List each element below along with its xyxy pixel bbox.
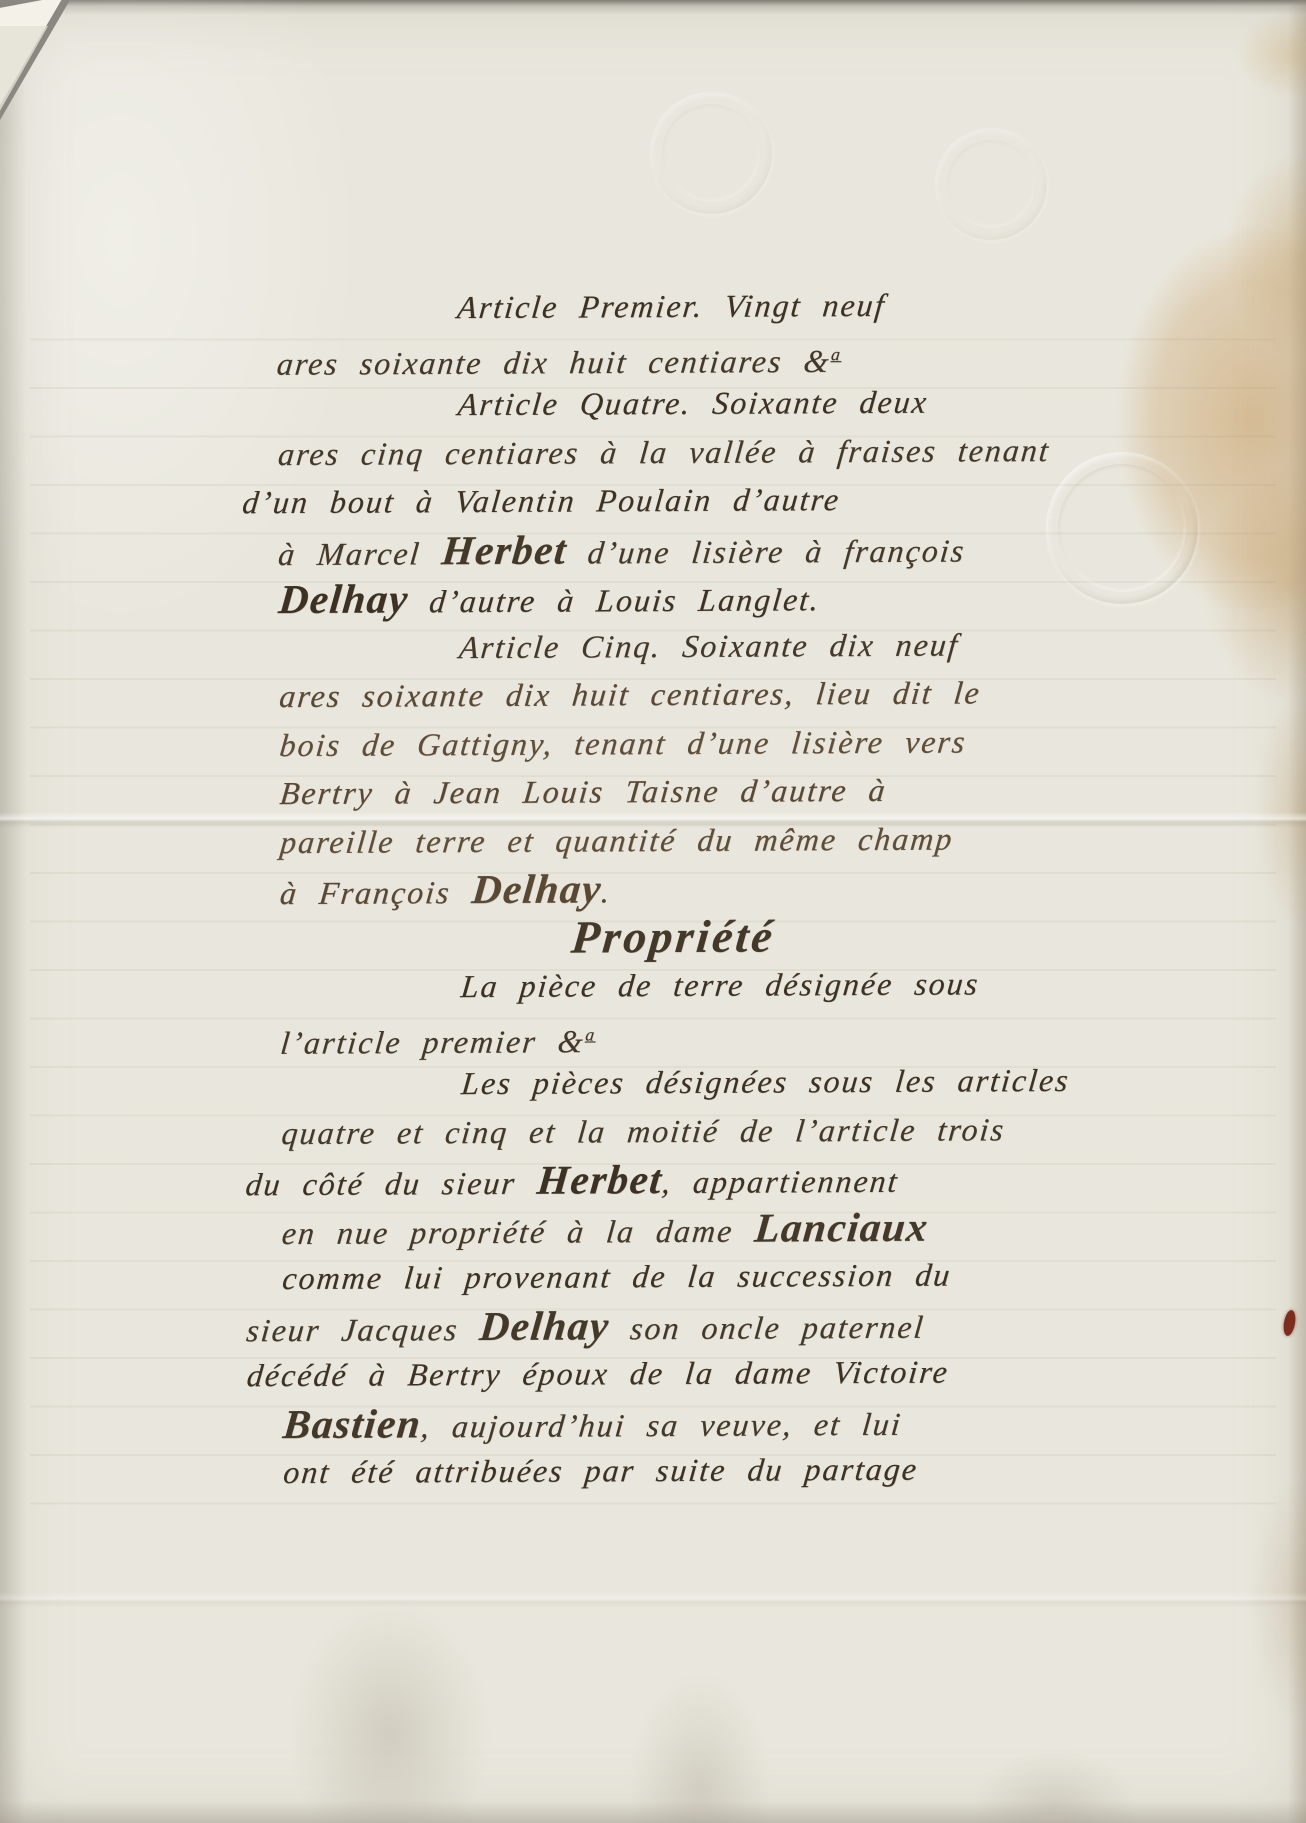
manuscript-line: ares cinq centiares à la vallée à fraise…	[236, 425, 1106, 478]
fold-crease	[0, 1592, 1306, 1608]
text-segment: , appartiennent	[660, 1163, 900, 1200]
embossed-seal-ring	[662, 104, 760, 202]
embossed-seal-ring	[947, 140, 1035, 228]
text-segment: pareille terre et quantité du même champ	[279, 820, 956, 860]
text-segment: La pièce de terre désignée sous	[459, 965, 981, 1004]
text-segment: décédé à Bertry époux de la dame Victoir…	[245, 1354, 950, 1394]
manuscript-line: à Marcel Herbet d’une lisière à françois	[236, 522, 1106, 575]
manuscript-line: à François Delhay.	[238, 862, 1108, 915]
manuscript-line: du côté du sieur Herbet, appartiennent	[240, 1153, 1110, 1206]
text-segment: , aujourd’hui sa veuve, et lui	[419, 1405, 903, 1444]
text-segment: d’un bout à Valentin Poulain d’autre	[241, 481, 842, 520]
text-segment: bois de Gattigny, tenant d’une lisière v…	[278, 723, 968, 763]
text-segment: comme lui provenant de la succession du	[281, 1257, 954, 1297]
text-segment: a	[584, 1024, 597, 1044]
section-heading: Propriété	[238, 910, 1108, 963]
text-segment: Article Premier. Vingt neuf	[456, 287, 888, 325]
manuscript-line: Les pièces désignées sous les articles	[239, 1056, 1109, 1109]
text-segment: du côté du sieur	[244, 1165, 539, 1203]
text-segment: Bertry à Jean Louis Taisne d’autre à	[278, 772, 888, 811]
text-segment: quatre et cinq et la moitié de l’article…	[280, 1111, 1007, 1151]
manuscript-line: ares soixante dix huit centiares &a	[235, 328, 1105, 381]
manuscript-line: l’article premier &a	[239, 1007, 1109, 1060]
emphasized-name: Delhay	[277, 575, 411, 622]
text-segment: Article Cinq. Soixante dix neuf	[458, 626, 961, 665]
text-segment: d’autre à Louis Langlet.	[407, 581, 823, 619]
manuscript-line: ont été attribuées par suite du partage	[241, 1444, 1111, 1497]
manuscript-line: comme lui provenant de la succession du	[240, 1250, 1110, 1303]
manuscript-line: La pièce de terre désignée sous	[239, 959, 1109, 1012]
manuscript-line: en nue propriété à la dame Lanciaux	[240, 1201, 1110, 1254]
text-segment: .	[600, 873, 614, 909]
manuscript-line: Bastien, aujourd’hui sa veuve, et lui	[241, 1395, 1111, 1448]
manuscript-line: Article Quatre. Soixante deux	[236, 377, 1106, 430]
text-segment: ont été attribuées par suite du partage	[282, 1451, 920, 1490]
manuscript-text: Article Premier. Vingt neufares soixante…	[235, 280, 1106, 1497]
manuscript-line: Article Cinq. Soixante dix neuf	[237, 619, 1107, 672]
text-segment: ares soixante dix huit centiares, lieu d…	[278, 674, 983, 714]
text-segment: en nue propriété à la dame	[280, 1212, 756, 1250]
text-segment: son oncle paternel	[608, 1308, 927, 1346]
manuscript-line: d’un bout à Valentin Poulain d’autre	[236, 474, 1106, 527]
text-segment: à François	[278, 874, 473, 911]
text-segment: à Marcel	[277, 535, 444, 572]
manuscript-line: ares soixante dix huit centiares, lieu d…	[237, 668, 1107, 721]
text-segment: Propriété	[569, 910, 777, 962]
emphasized-name: Herbet	[440, 526, 570, 573]
manuscript-line: Article Premier. Vingt neuf	[235, 280, 1105, 333]
manuscript-line: quatre et cinq et la moitié de l’article…	[239, 1104, 1109, 1157]
text-segment: l’article premier &	[279, 1023, 587, 1061]
manuscript-line: bois de Gattigny, tenant d’une lisière v…	[237, 716, 1107, 769]
manuscript-line: décédé à Bertry époux de la dame Victoir…	[241, 1347, 1111, 1400]
emphasized-name: Delhay	[470, 865, 604, 912]
text-segment: sieur Jacques	[245, 1310, 482, 1347]
manuscript-line: Bertry à Jean Louis Taisne d’autre à	[238, 765, 1108, 818]
document-page: Article Premier. Vingt neufares soixante…	[0, 0, 1306, 1823]
emphasized-name: Delhay	[478, 1302, 612, 1349]
text-segment: Les pièces désignées sous les articles	[460, 1062, 1072, 1101]
emphasized-name: Bastien	[281, 1400, 424, 1447]
text-segment: ares soixante dix huit centiares &	[275, 342, 832, 381]
emphasized-name: Herbet	[535, 1156, 665, 1203]
text-segment: Article Quatre. Soixante deux	[456, 384, 930, 422]
text-segment: d’une lisière à françois	[565, 532, 967, 570]
text-segment: ares cinq centiares à la vallée à fraise…	[276, 431, 1051, 471]
embossed-seal	[935, 128, 1047, 240]
manuscript-line: Delhay d’autre à Louis Langlet.	[237, 571, 1107, 624]
manuscript-line: sieur Jacques Delhay son oncle paternel	[240, 1298, 1110, 1351]
manuscript-line: pareille terre et quantité du même champ	[238, 813, 1108, 866]
text-segment: a	[830, 344, 843, 364]
emphasized-name: Lanciaux	[753, 1203, 931, 1250]
embossed-seal	[650, 92, 772, 214]
wax-mark	[1282, 1309, 1297, 1337]
